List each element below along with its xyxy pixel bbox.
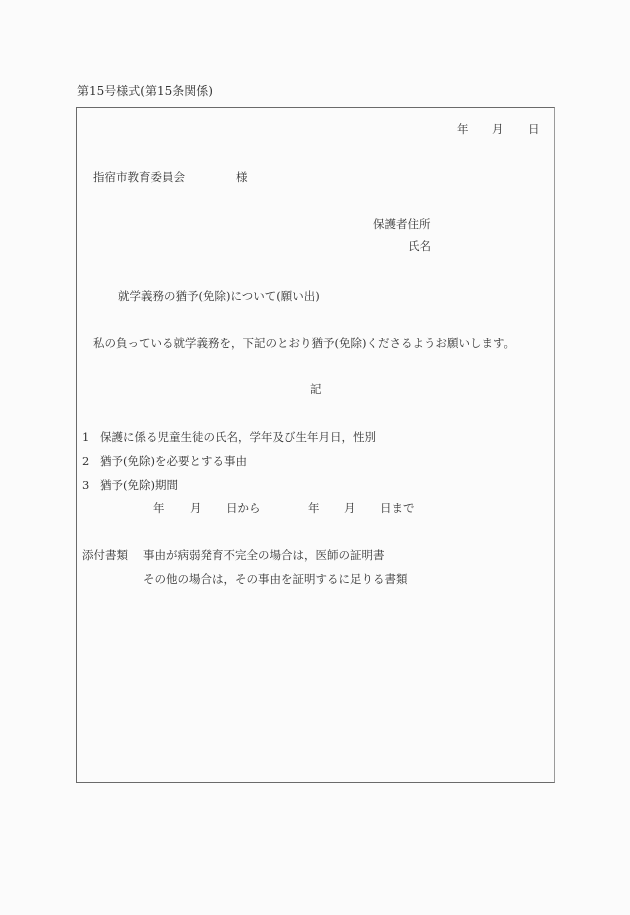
attachments-label: 添付書類 <box>82 550 128 562</box>
period-to-month: 月 <box>344 503 356 515</box>
request-body: 私の負っている就学義務を，下記のとおり猶予(免除)くださるようお願いします。 <box>93 338 515 350</box>
list-item: 2猶予(免除)を必要とする事由 <box>82 456 247 468</box>
date-month-label: 月 <box>492 124 504 136</box>
addressee-honorific: 様 <box>236 172 248 184</box>
addressee-name: 指宿市教育委員会 <box>93 172 185 184</box>
item-text: 猶予(免除)期間 <box>100 478 178 492</box>
list-item: 1保護に係る児童生徒の氏名，学年及び生年月日，性別 <box>82 432 376 444</box>
item-number: 3 <box>82 480 100 492</box>
period-to-day: 日まで <box>380 503 415 515</box>
period-from-month: 月 <box>190 503 202 515</box>
period-from-day: 日から <box>226 503 261 515</box>
item-text: 猶予(免除)を必要とする事由 <box>100 454 247 468</box>
item-text: 保護に係る児童生徒の氏名，学年及び生年月日，性別 <box>100 430 376 444</box>
date-day-label: 日 <box>528 124 540 136</box>
item-number: 2 <box>82 456 100 468</box>
guardian-address-label: 保護者住所 <box>373 219 431 231</box>
form-number: 第15号様式(第15条関係) <box>77 85 213 97</box>
period-to-year: 年 <box>308 503 320 515</box>
form-box <box>76 107 555 783</box>
period-from-year: 年 <box>153 503 165 515</box>
date-year-label: 年 <box>457 124 469 136</box>
attachment-line: その他の場合は，その事由を証明するに足りる書類 <box>143 574 408 586</box>
item-number: 1 <box>82 432 100 444</box>
document-title: 就学義務の猶予(免除)について(願い出) <box>118 291 320 303</box>
ki-heading: 記 <box>310 384 322 396</box>
attachment-line: 事由が病弱発育不完全の場合は，医師の証明書 <box>143 550 385 562</box>
list-item: 3猶予(免除)期間 <box>82 480 178 492</box>
guardian-name-label: 氏名 <box>408 241 431 253</box>
